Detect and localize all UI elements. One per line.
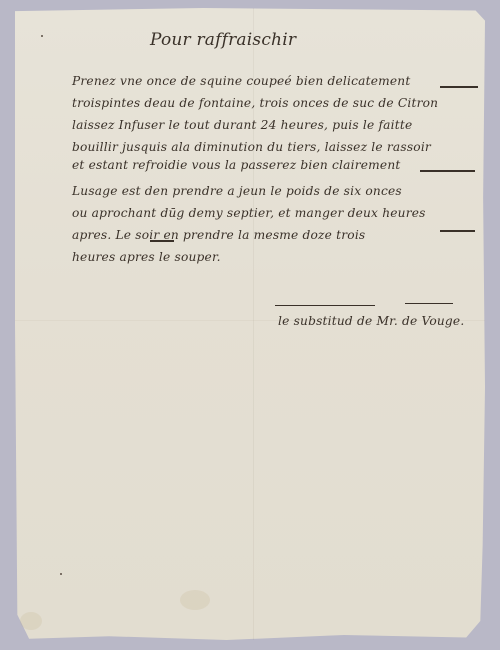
paper-stain xyxy=(20,612,42,630)
line-flourish xyxy=(150,240,174,242)
signature-rule xyxy=(405,303,453,304)
document-title: Pour raffraischir xyxy=(150,30,296,50)
line-flourish xyxy=(420,170,475,172)
text-line: apres. Le soir en prendre la mesme doze … xyxy=(72,228,365,242)
ink-speck xyxy=(41,35,43,37)
text-line: troispintes deau de fontaine, trois once… xyxy=(72,96,438,110)
text-line: et estant refroidie vous la passerez bie… xyxy=(72,158,400,172)
text-line: heures apres le souper. xyxy=(72,250,221,264)
text-line: Prenez vne once de squine coupeé bien de… xyxy=(72,74,410,88)
ink-speck xyxy=(60,573,62,575)
line-flourish xyxy=(440,86,478,88)
text-line: laissez Infuser le tout durant 24 heures… xyxy=(72,118,412,132)
text-line: Lusage est den prendre a jeun le poids d… xyxy=(72,184,402,198)
signature: le substitud de Mr. de Vouge. xyxy=(278,314,464,328)
line-flourish xyxy=(440,230,475,232)
paper-stain xyxy=(180,590,210,610)
text-line: bouillir jusquis ala diminution du tiers… xyxy=(72,140,431,154)
signature-rule xyxy=(275,305,375,306)
text-line: ou aprochant dūg demy septier, et manger… xyxy=(72,206,426,220)
